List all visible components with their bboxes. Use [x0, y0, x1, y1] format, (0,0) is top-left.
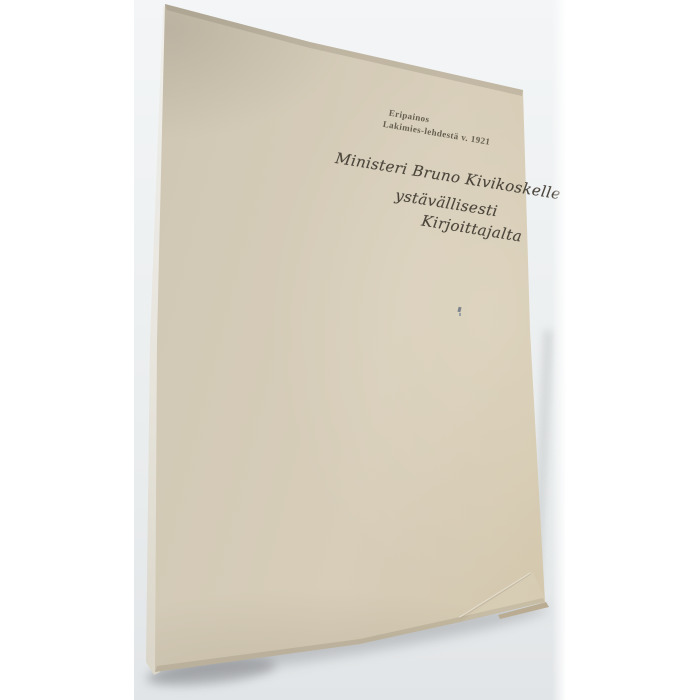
product-photo: Eripainos Lakimies-lehdestä v. 1921 Mini…: [0, 0, 700, 700]
photo-right-fade: [552, 0, 568, 700]
ink-speck-small: [459, 313, 461, 316]
dedication-line-3: Kirjoittajalta: [420, 212, 523, 246]
booklet-cover: [0, 0, 700, 700]
